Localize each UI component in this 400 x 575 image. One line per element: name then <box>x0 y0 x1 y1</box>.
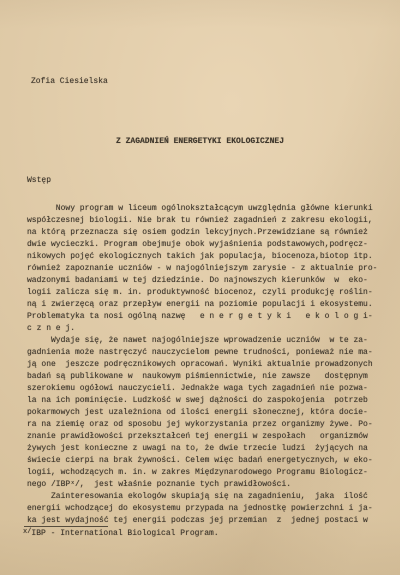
text-line: Nowy program w liceum ogólnokształcącym … <box>27 203 377 215</box>
paragraph: Wydaje się, że nawet najogólniejsze wpro… <box>27 335 377 491</box>
scanned-page: { "colors": { "paper": "#ddc8a5", "ink":… <box>0 0 400 575</box>
text-line: badań są publikowane w naukowym piśmienn… <box>27 371 377 383</box>
text-line: świecie cierpi na brak żywności. Celem w… <box>27 455 377 467</box>
text-line: Wydaje się, że nawet najogólniejsze wpro… <box>27 335 377 347</box>
section-heading: Wstęp <box>27 176 51 185</box>
text-line: nego /IBPˣ/, jest właśnie poznanie tych … <box>27 479 377 491</box>
text-line: gadnienia może nastręczyć nauczycielom p… <box>27 347 377 359</box>
text-line: c z n e j. <box>27 323 377 335</box>
text-line: logii zalicza się m. in. produktywność b… <box>27 287 377 299</box>
document-title: Z ZAGADNIEŃ ENERGETYKI EKOLOGICZNEJ <box>0 137 400 146</box>
text-line: wadzonymi badaniami w tej dziedzinie. Do… <box>27 275 377 287</box>
paragraph: Nowy program w liceum ogólnokształcącym … <box>27 203 377 335</box>
text-line: energii wchodzącej do ekosystemu przypad… <box>27 503 377 515</box>
text-line: ną i zwierzęcą oraz przepływ energii na … <box>27 299 377 311</box>
text-line: szerokiemu ogółowi nauczycieli. Jednakże… <box>27 383 377 395</box>
text-line: dwie wycieczki. Program obejmuje obok wy… <box>27 239 377 251</box>
footnote-separator-rule <box>24 526 108 527</box>
paragraph: Zainteresowania ekologów skupiają się na… <box>27 491 377 527</box>
body-text: Nowy program w liceum ogólnokształcącym … <box>27 203 377 527</box>
footnote-text: IBP - International Biological Program. <box>31 529 218 538</box>
text-line: Problematyka ta nosi ogólną nazwę e n e … <box>27 311 377 323</box>
text-line: na którą przeznacza się osiem godzin lek… <box>27 227 377 239</box>
footnote-marker: x/ <box>23 528 31 536</box>
text-line: znanie prawidłowości przekształceń tej e… <box>27 431 377 443</box>
text-line: żywych jest konieczne z uwagi na to, że … <box>27 443 377 455</box>
text-line: również zapoznanie uczniów - w najogólni… <box>27 263 377 275</box>
author-name: Zofia Ciesielska <box>31 77 108 86</box>
text-line: nikowych pojęć ekologicznych takich jak … <box>27 251 377 263</box>
text-line: la na ich pominięcie. Ludzkość w swej dą… <box>27 395 377 407</box>
text-line: pokarmowych jest uzależniona od ilości e… <box>27 407 377 419</box>
text-line: Zainteresowania ekologów skupiają się na… <box>27 491 377 503</box>
footnote: x/IBP - International Biological Program… <box>23 529 219 538</box>
text-line: logii, wchodzących m. in. w zakres Międz… <box>27 467 377 479</box>
text-line: współczesnej biologii. Nie brak tu równi… <box>27 215 377 227</box>
text-line: ją one jeszcze podręcznikowych opracowań… <box>27 359 377 371</box>
text-line: ra na ziemię oraz od sposobu jej wykorzy… <box>27 419 377 431</box>
